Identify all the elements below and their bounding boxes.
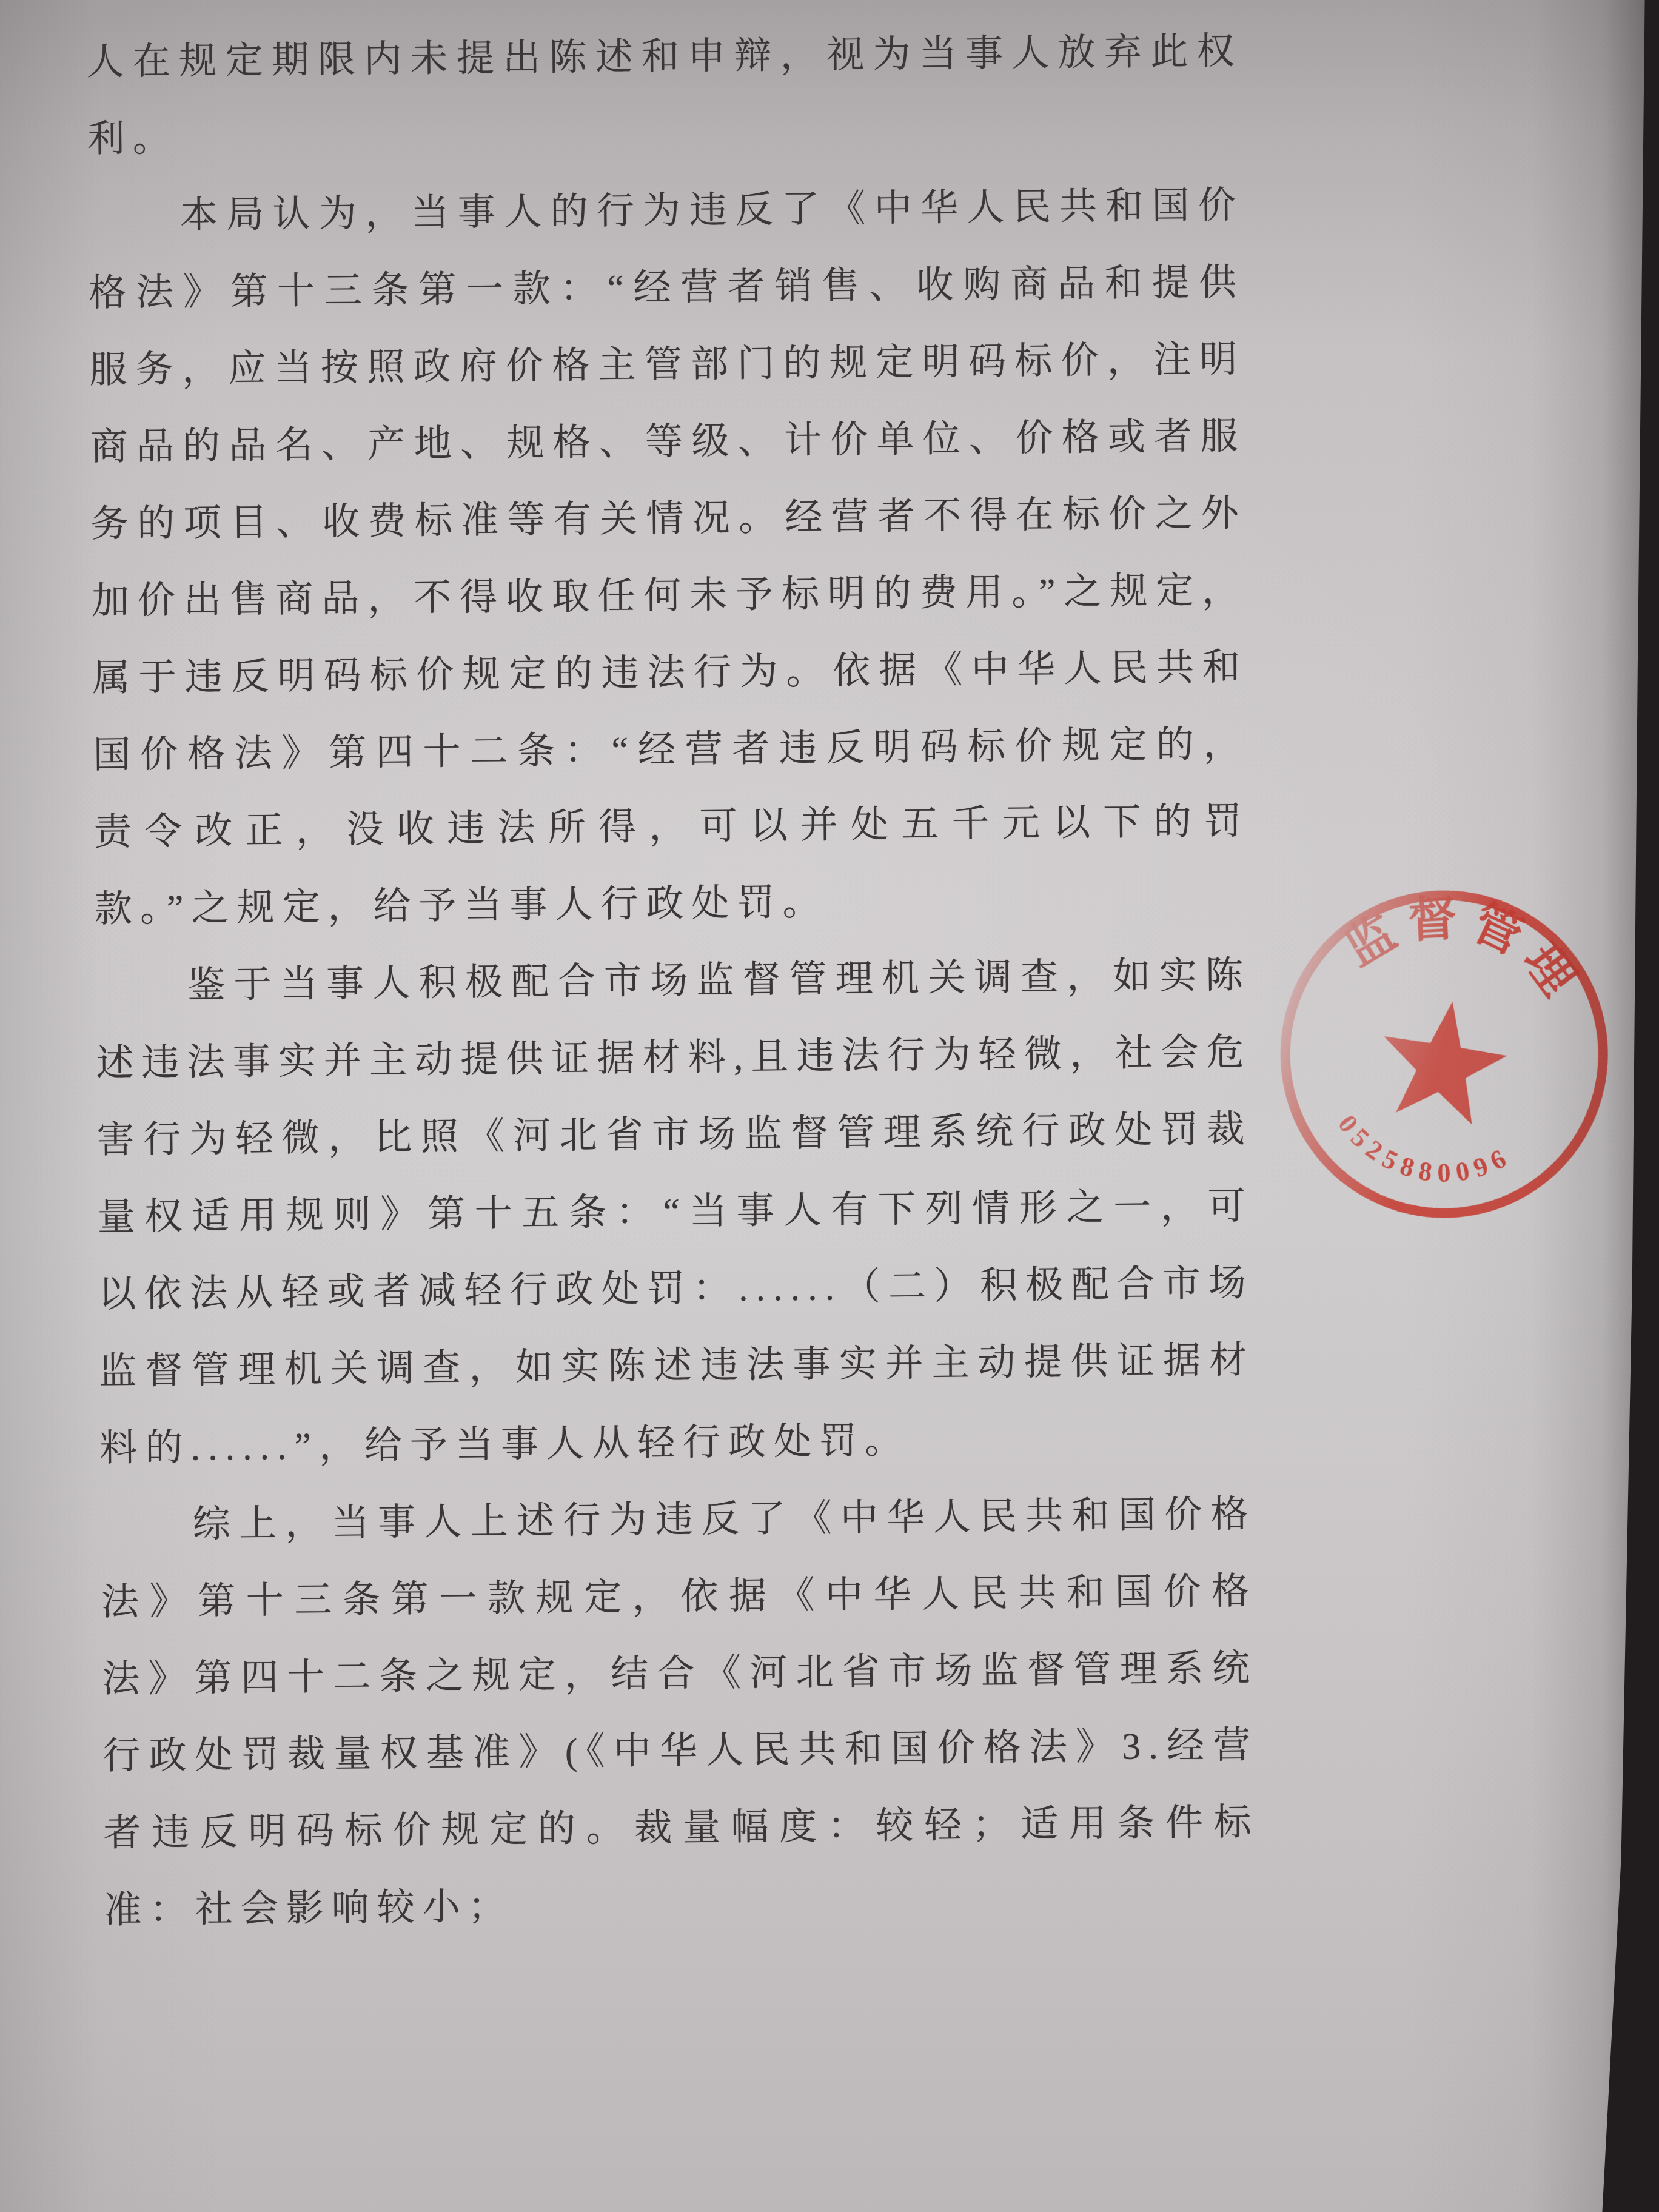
body-paragraph: 人在规定期限内未提出陈述和申辩，视为当事人放弃此权利。: [86, 13, 1243, 178]
svg-text:监督管理: 监督管理: [1329, 873, 1601, 1019]
seal-arc-text: 监督管理: [1329, 873, 1601, 1019]
red-star-icon: [1372, 992, 1513, 1128]
body-paragraph: 鉴于当事人积极配合市场监督管理机关调查，如实陈述违法事实并主动提供证据材料,且违…: [95, 937, 1256, 1487]
document-body: 人在规定期限内未提出陈述和申辩，视为当事人放弃此权利。 本局认为，当事人的行为违…: [86, 13, 1260, 1949]
document-photo: 人在规定期限内未提出陈述和申辩，视为当事人放弃此权利。 本局认为，当事人的行为违…: [0, 0, 1659, 2212]
official-seal-stamp: 监督管理 0525880096: [1227, 839, 1659, 1283]
body-paragraph: 本局认为，当事人的行为违反了《中华人民共和国价格法》第十三条第一款：“经营者销售…: [87, 167, 1250, 948]
body-paragraph: 综上，当事人上述行为违反了《中华人民共和国价格法》第十三条第一款规定，依据《中华…: [100, 1476, 1260, 1949]
